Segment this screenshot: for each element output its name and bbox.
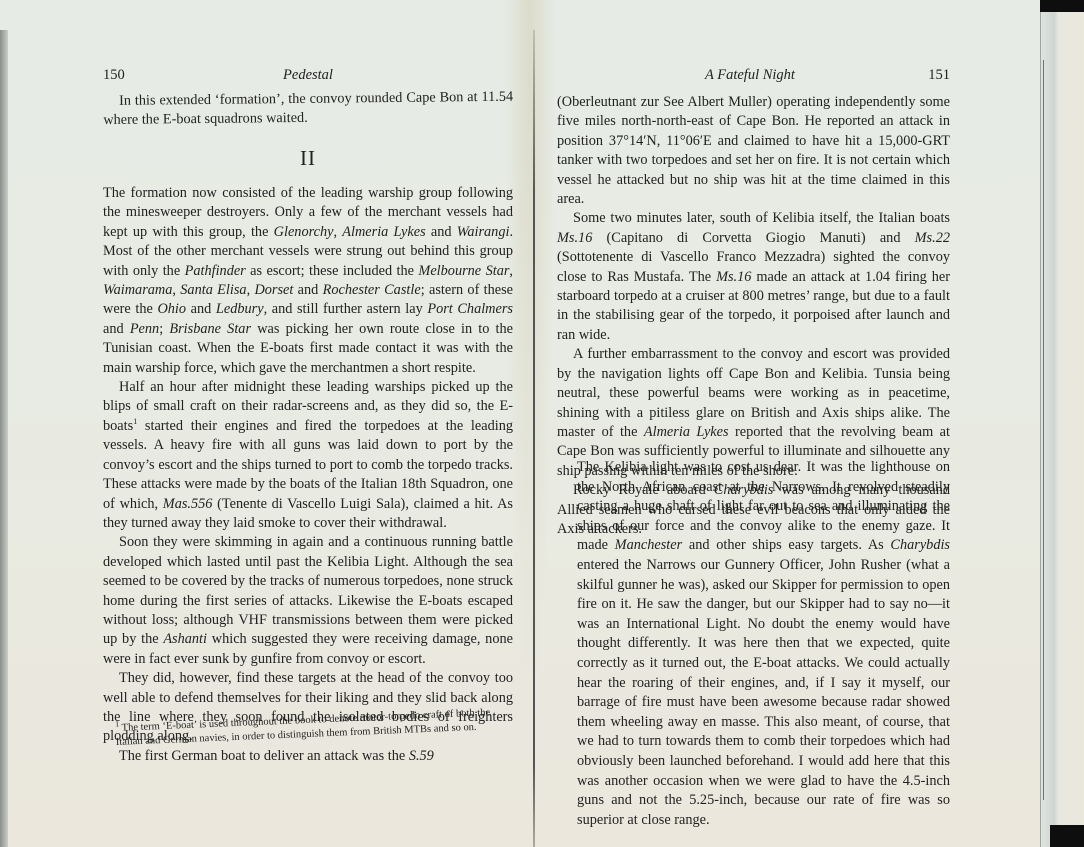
text-run: , [333,224,342,240]
italic-ship-name: Almeria Lykes [644,424,729,440]
book-spread: 150 Pedestal In this extended ‘formation… [0,0,1084,847]
text-run: , and still further astern lay [264,301,428,317]
block-quote: The Kelibia light was to cost us dear. I… [577,458,950,830]
paragraph: Soon they were skimming in again and a c… [103,533,513,669]
opening-paragraph-block: In this extended ‘formation’, the convoy… [103,88,513,131]
italic-ship-name: Santa Elisa [180,282,246,298]
text-run: ; [159,321,169,337]
italic-ship-name: Ms.16 [557,230,592,246]
text-run: , [509,263,513,279]
text-run: Some two minutes later, south of Kelibia… [573,210,950,226]
italic-ship-name: Ledbury [216,301,264,317]
paragraph: The formation now consisted of the leadi… [103,184,513,378]
text-run: and other ships easy targets. As [682,537,890,553]
italic-ship-name: Dorset [254,282,293,298]
italic-ship-name: Charybdis [890,537,950,553]
italic-ship-name: Ashanti [163,631,207,647]
text-run: (Capitano di Corvetta Giogio Manuti) and [592,230,914,246]
quote-paragraph: The Kelibia light was to cost us dear. I… [577,458,950,830]
italic-ship-name: Pathfinder [185,263,246,279]
paragraph: The first German boat to deliver an atta… [103,747,513,766]
italic-ship-name: Manchester [615,537,683,553]
text-run: entered the Narrows our Gunnery Officer,… [577,557,950,828]
section-heading: II [103,146,513,171]
paragraph: Half an hour after midnight these leadin… [103,378,513,533]
text-run: The first German boat to deliver an atta… [119,748,409,764]
italic-ship-name: Penn [130,321,159,337]
book-gutter [533,30,535,847]
running-head: 150 Pedestal [103,67,513,87]
italic-ship-name: Ms.22 [915,230,950,246]
running-head: A Fateful Night 151 [557,67,950,87]
footnote-marker: 1 [115,719,119,728]
text-run: and [426,224,457,240]
italic-ship-name: Ohio [157,301,186,317]
left-body-text: The formation now consisted of the leadi… [103,184,513,766]
text-run: and [293,282,322,298]
text-run: as escort; these included the [246,263,419,279]
italic-ship-name: Almeria Lykes [342,224,425,240]
paragraph: Some two minutes later, south of Kelibia… [557,209,950,345]
italic-ship-name: Wairangi [457,224,510,240]
paragraph: In this extended ‘formation’, the convoy… [103,88,513,131]
text-run: and [186,301,216,317]
page-number: 151 [928,67,950,84]
italic-ship-name: Waimarama [103,282,172,298]
text-run: (Oberleutnant zur See Albert Muller) ope… [557,94,950,207]
page-edge-stack [1040,12,1084,847]
italic-ship-name: Melbourne Star [418,263,509,279]
running-title: Pedestal [103,67,513,84]
italic-ship-name: Brisbane Star [169,321,251,337]
italic-ship-name: Port Chalmers [427,301,513,317]
running-title: A Fateful Night [557,67,950,84]
left-page-edge [0,30,8,847]
italic-ship-name: S.59 [409,748,434,764]
italic-ship-name: Mas.556 [163,496,213,512]
italic-ship-name: Rochester Castle [323,282,421,298]
italic-ship-name: Glenorchy [274,224,334,240]
text-run: and [103,321,130,337]
background-corner [1050,825,1084,847]
italic-ship-name: Ms.16 [716,269,751,285]
page-edge-line [1043,60,1044,800]
paragraph: (Oberleutnant zur See Albert Muller) ope… [557,93,950,209]
